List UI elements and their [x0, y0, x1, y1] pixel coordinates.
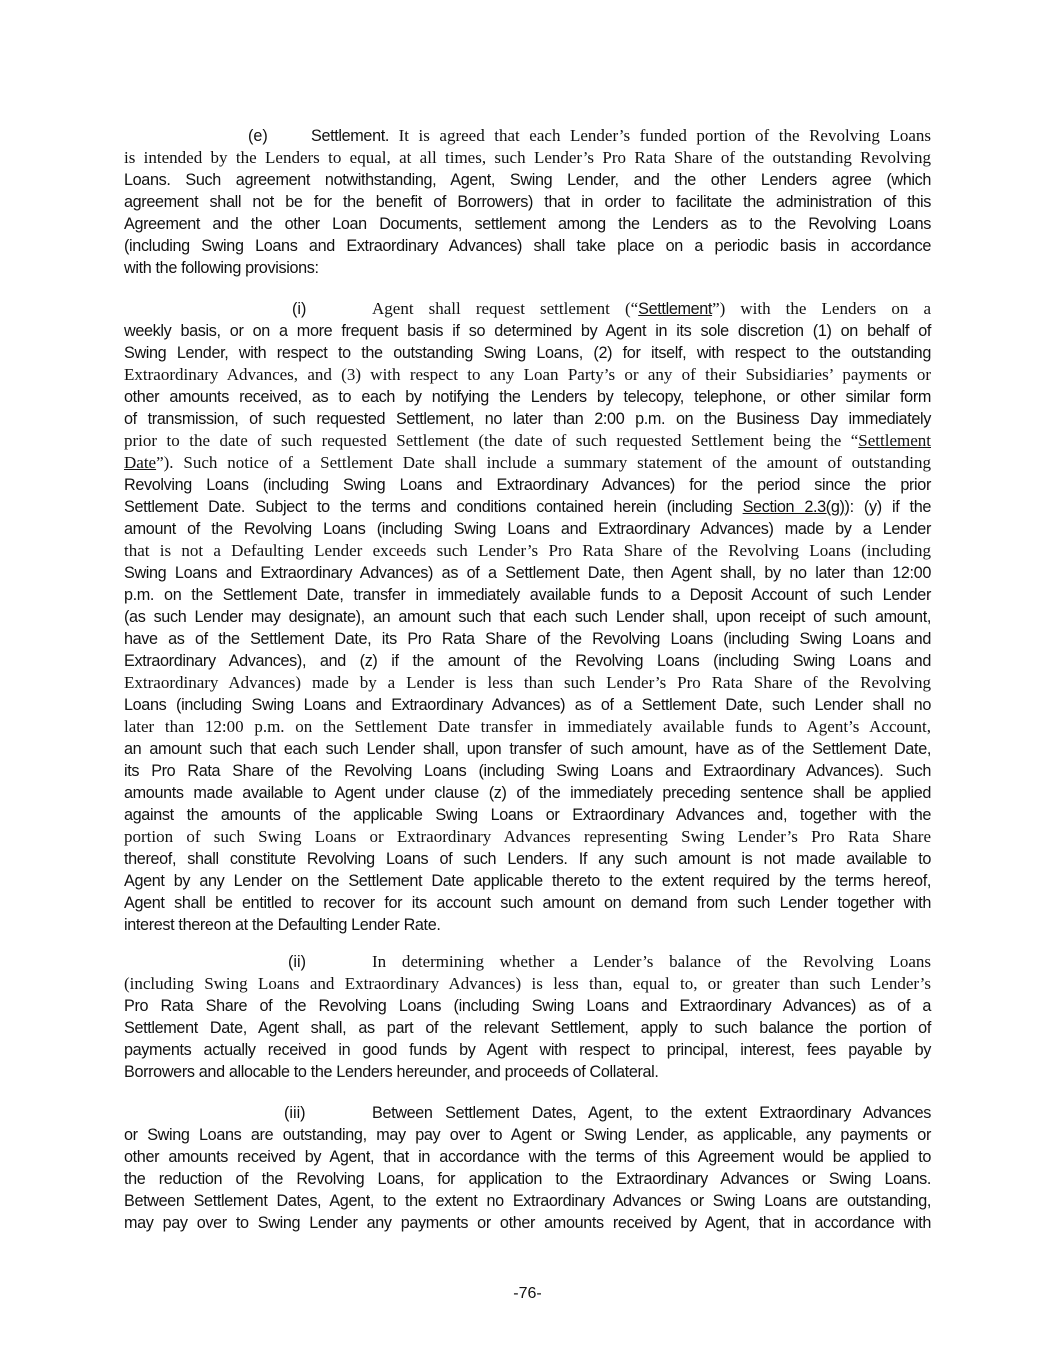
item-i-line: Revolving Loans (including Swing Loans a… — [124, 474, 931, 496]
item-i-line: later than 12:00 p.m. on the Settlement … — [124, 716, 931, 738]
section-e-label: (e) — [248, 125, 268, 147]
item-ii-line: Pro Rata Share of the Revolving Loans (i… — [124, 995, 931, 1017]
item-i-line: Settlement Date. Subject to the terms an… — [124, 496, 931, 518]
item-i-line: Extraordinary Advances, and (3) with res… — [124, 364, 931, 386]
item-ii-line: Borrowers and allocable to the Lenders h… — [124, 1061, 931, 1083]
defined-term-date: Date — [124, 453, 156, 472]
item-i-line: (as such Lender may designate), an amoun… — [124, 606, 931, 628]
section-e-heading: Settlement. — [311, 127, 389, 145]
item-i-line: Swing Lender, with respect to the outsta… — [124, 342, 931, 364]
section-e-line: (including Swing Loans and Extraordinary… — [124, 235, 931, 257]
item-iii-line: or Swing Loans are outstanding, may pay … — [124, 1124, 931, 1146]
item-iii-first-line: Between Settlement Dates, Agent, to the … — [372, 1102, 931, 1124]
item-ii-first-line: In determining whether a Lender’s balanc… — [372, 951, 931, 973]
item-i-first-text: Agent shall request settlement (“ — [372, 299, 638, 318]
document-page: (e) Settlement. It is agreed that each L… — [0, 0, 1055, 1365]
section-e-line: Loans. Such agreement notwithstanding, A… — [124, 169, 931, 191]
item-i-line: prior to the date of such requested Sett… — [124, 430, 931, 452]
defined-term-settlement: Settlement — [638, 300, 712, 318]
section-e-line: is intended by the Lenders to equal, at … — [124, 147, 931, 169]
item-i-first-text-end: ”) with the Lenders on a — [712, 299, 931, 318]
item-iii-label: (iii) — [284, 1102, 306, 1124]
item-i-line: Date”). Such notice of a Settlement Date… — [124, 452, 931, 474]
item-iii-line: Between Settlement Dates, Agent, to the … — [124, 1190, 931, 1212]
item-i-line: p.m. on the Settlement Date, transfer in… — [124, 584, 931, 606]
item-i-line: an amount such that each such Lender sha… — [124, 738, 931, 760]
defined-term-settlement-date: Settlement — [858, 431, 931, 450]
page-number: -76- — [0, 1283, 1055, 1305]
item-i-line: other amounts received, as to each by no… — [124, 386, 931, 408]
item-i-line: portion of such Swing Loans or Extraordi… — [124, 826, 931, 848]
item-ii-label: (ii) — [288, 951, 306, 973]
item-i-line: Extraordinary Advances) made by a Lender… — [124, 672, 931, 694]
item-iii-line: may pay over to Swing Lender any payment… — [124, 1212, 931, 1234]
item-iii-line: other amounts received by Agent, that in… — [124, 1146, 931, 1168]
item-i-text: Settlement Date. Subject to the terms an… — [124, 498, 743, 516]
item-i-line: Agent by any Lender on the Settlement Da… — [124, 870, 931, 892]
section-e-first-text: It is agreed that each Lender’s funded p… — [399, 126, 931, 145]
item-i-line: of transmission, of such requested Settl… — [124, 408, 931, 430]
item-i-line: Loans (including Swing Loans and Extraor… — [124, 694, 931, 716]
section-e-line: agreement shall not be for the benefit o… — [124, 191, 931, 213]
item-ii-line: payments actually received in good funds… — [124, 1039, 931, 1061]
section-reference-link[interactable]: Section 2.3(g) — [743, 498, 845, 516]
item-i-line: weekly basis, or on a more frequent basi… — [124, 320, 931, 342]
section-e-line: Agreement and the other Loan Documents, … — [124, 213, 931, 235]
item-i-first-line: Agent shall request settlement (“Settlem… — [372, 298, 931, 320]
item-i-line: against the amounts of the applicable Sw… — [124, 804, 931, 826]
item-i-line: have as of the Settlement Date, its Pro … — [124, 628, 931, 650]
item-i-line: interest thereon at the Defaulting Lende… — [124, 914, 931, 936]
item-ii-line: Settlement Date, Agent shall, as part of… — [124, 1017, 931, 1039]
item-iii-line: the reduction of the Revolving Loans, fo… — [124, 1168, 931, 1190]
section-e-line: with the following provisions: — [124, 257, 931, 279]
item-i-line: amount of the Revolving Loans (including… — [124, 518, 931, 540]
item-i-line: thereof, shall constitute Revolving Loan… — [124, 848, 931, 870]
item-i-line: that is not a Defaulting Lender exceeds … — [124, 540, 931, 562]
item-i-line: its Pro Rata Share of the Revolving Loan… — [124, 760, 931, 782]
item-i-label: (i) — [292, 298, 306, 320]
item-i-line: Extraordinary Advances), and (z) if the … — [124, 650, 931, 672]
item-i-line: amounts made available to Agent under cl… — [124, 782, 931, 804]
item-i-line: Swing Loans and Extraordinary Advances) … — [124, 562, 931, 584]
item-i-text: prior to the date of such requested Sett… — [124, 431, 858, 450]
item-i-text: ): (y) if the — [845, 498, 931, 516]
item-i-line: Agent shall be entitled to recover for i… — [124, 892, 931, 914]
item-i-text: ”). Such notice of a Settlement Date sha… — [156, 453, 931, 472]
item-ii-line: (including Swing Loans and Extraordinary… — [124, 973, 931, 995]
section-e-first-line: Settlement. It is agreed that each Lende… — [311, 125, 931, 147]
